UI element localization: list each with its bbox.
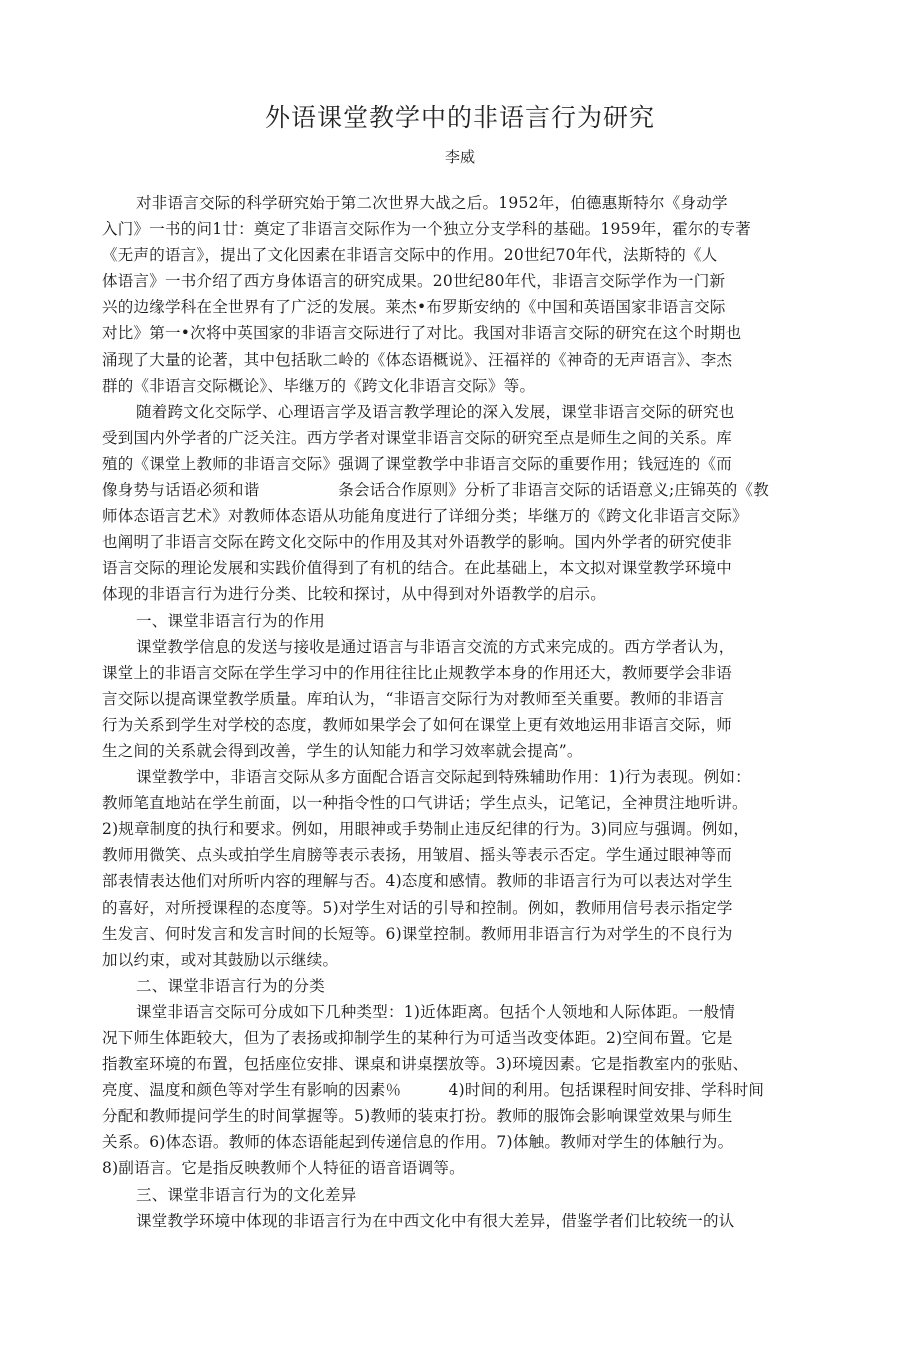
text-line: 体现的非语言行为进行分类、比较和探讨，从中得到对外语教学的启示。 (102, 581, 842, 607)
text-line: 殖的《课堂上教师的非语言交际》强调了课堂教学中非语言交际的重要作用；钱冠连的《而 (102, 451, 842, 477)
section-heading: 三、课堂非语言行为的文化差异 (102, 1182, 842, 1208)
document-body: 对非语言交际的科学研究始于第二次世界大战之后。1952年，伯德惠斯特尔《身动学入… (102, 190, 842, 1234)
text-line: 也阐明了非语言交际在跨文化交际中的作用及其对外语教学的影响。国内外学者的研究使非 (102, 529, 842, 555)
text-line: 教师用微笑、点头或拍学生肩膀等表示表扬，用皱眉、摇头等表示否定。学生通过眼神等而 (102, 842, 842, 868)
text-line: 课堂非语言交际可分成如下几种类型：1)近体距离。包括个人领地和人际体距。一般情 (102, 999, 842, 1025)
text-line: 亮度、温度和颜色等对学生有影响的因素％ 4)时间的利用。包括课程时间安排、学科时… (102, 1077, 842, 1103)
text-line: 教师笔直地站在学生前面，以一种指令性的口气讲话；学生点头，记笔记，全神贯注地听讲… (102, 790, 842, 816)
text-line: 兴的边缘学科在全世界有了广泛的发展。莱杰•布罗斯安纳的《中国和英语国家非语言交际 (102, 294, 842, 320)
document-author: 李威 (0, 146, 920, 167)
text-line: 课堂上的非语言交际在学生学习中的作用往往比止规教学本身的作用还大，教师要学会非语 (102, 660, 842, 686)
text-line: 涌现了大量的论著，其中包括耿二岭的《体态语概说》、汪福祥的《神奇的无声语言》、李… (102, 347, 842, 373)
text-line: 行为关系到学生对学校的态度，教师如果学会了如何在课堂上更有效地运用非语言交际，师 (102, 712, 842, 738)
text-line: 8)副语言。它是指反映教师个人特征的语音语调等。 (102, 1155, 842, 1181)
text-line: 对比》第一•次将中英国家的非语言交际进行了对比。我国对非语言交际的研究在这个时期… (102, 320, 842, 346)
text-line: 况下师生体距较大，但为了表扬或抑制学生的某种行为可适当改变体距。2)空间布置。它… (102, 1025, 842, 1051)
text-line: 课堂教学中，非语言交际从多方面配合语言交际起到特殊辅助作用：1)行为表现。例如： (102, 764, 842, 790)
document-title: 外语课堂教学中的非语言行为研究 (0, 98, 920, 134)
text-line: 2)规章制度的执行和要求。例如，用眼神或手势制止违反纪律的行为。3)同应与强调。… (102, 816, 842, 842)
section-heading: 二、课堂非语言行为的分类 (102, 973, 842, 999)
text-line: 随着跨文化交际学、心理语言学及语言教学理论的深入发展，课堂非语言交际的研究也 (102, 399, 842, 425)
text-line: 分配和教师提问学生的时间掌握等。5)教师的装束打扮。教师的服饰会影响课堂效果与师… (102, 1103, 842, 1129)
text-line: 言交际以提高课堂教学质量。库珀认为，“非语言交际行为对教师至关重要。教师的非语言 (102, 686, 842, 712)
text-line: 《无声的语言》，提出了文化因素在非语言交际中的作用。20世纪70年代，法斯特的《… (102, 242, 842, 268)
text-line: 师体态语言艺术》对教师体态语从功能角度进行了详细分类；毕继万的《跨文化非语言交际… (102, 503, 842, 529)
text-line: 课堂教学信息的发送与接收是通过语言与非语言交流的方式来完成的。西方学者认为， (102, 634, 842, 660)
text-line: 课堂教学环境中体现的非语言行为在中西文化中有很大差异，借鉴学者们比较统一的认 (102, 1208, 842, 1234)
text-line: 群的《非语言交际概论》、毕继万的《跨文化非语言交际》等。 (102, 373, 842, 399)
text-line: 体语言》一书介绍了西方身体语言的研究成果。20世纪80年代，非语言交际学作为一门… (102, 268, 842, 294)
text-line: 对非语言交际的科学研究始于第二次世界大战之后。1952年，伯德惠斯特尔《身动学 (102, 190, 842, 216)
text-line: 部表情表达他们对所听内容的理解与否。4)态度和感情。教师的非语言行为可以表达对学… (102, 868, 842, 894)
text-line: 指教室环境的布置，包括座位安排、课桌和讲桌摆放等。3)环境因素。它是指教室内的张… (102, 1051, 842, 1077)
text-line: 语言交际的理论发展和实践价值得到了有机的结合。在此基础上，本文拟对课堂教学环境中 (102, 555, 842, 581)
text-line: 的喜好，对所授课程的态度等。5)对学生对话的引导和控制。例如，教师用信号表示指定… (102, 895, 842, 921)
document-page: 外语课堂教学中的非语言行为研究 李威 对非语言交际的科学研究始于第二次世界大战之… (0, 0, 920, 1361)
text-line: 入门》一书的问1廿：奠定了非语言交际作为一个独立分支学科的基础。1959年，霍尔… (102, 216, 842, 242)
text-line: 生之间的关系就会得到改善，学生的认知能力和学习效率就会提高”。 (102, 738, 842, 764)
text-line: 受到国内外学者的广泛关注。西方学者对课堂非语言交际的研究至点是师生之间的关系。库 (102, 425, 842, 451)
text-line: 生发言、何时发言和发言时间的长短等。6)课堂控制。教师用非语言行为对学生的不良行… (102, 921, 842, 947)
text-line: 加以约束，或对其鼓励以示继续。 (102, 947, 842, 973)
text-line: 关系。6)体态语。教师的体态语能起到传递信息的作用。7)体触。教师对学生的体触行… (102, 1129, 842, 1155)
section-heading: 一、课堂非语言行为的作用 (102, 608, 842, 634)
text-line: 像身势与话语必须和谐 条会话合作原则》分析了非语言交际的话语意义;庄锦英的《教 (102, 477, 842, 503)
